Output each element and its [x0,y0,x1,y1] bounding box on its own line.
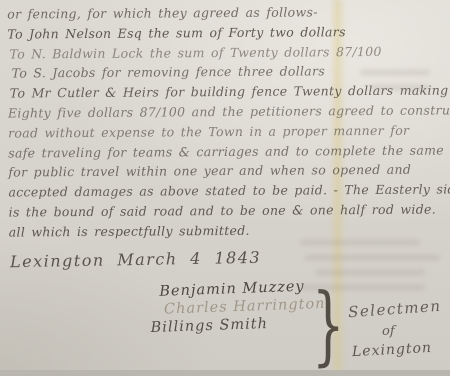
signature-group-label: Selectmen [347,297,442,321]
document-page: or fencing, for which they agreed as fol… [0,0,450,370]
dateline: Lexington March 4 1843 [10,248,261,271]
signature-block: Benjamin Muzzey Charles Harrington Billi… [149,278,326,338]
document-body-text: or fencing, for which they agreed as fol… [7,3,447,244]
text-line: all which is respectfully submitted. [9,221,447,244]
brace-glyph: } [312,276,345,370]
signature-group-label: of [382,324,395,339]
signature-group-label: Lexington [352,340,433,360]
